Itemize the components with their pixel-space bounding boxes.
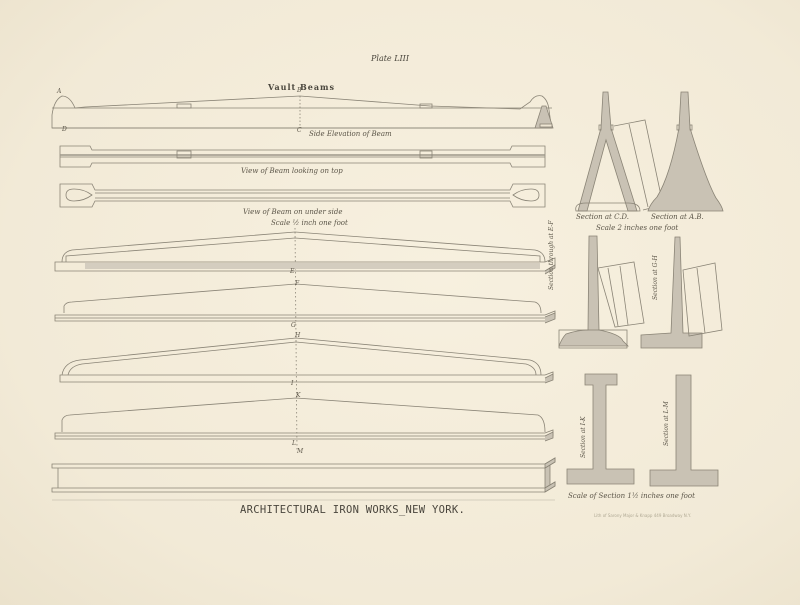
upper-sections-scale-label: Scale 2 inches one foot bbox=[596, 224, 678, 232]
section-lm-drawing bbox=[650, 375, 718, 486]
lithographer-imprint: Lith of Sarony Major & Knapp 449 Broadwa… bbox=[594, 513, 691, 518]
marker-f: F bbox=[295, 280, 299, 287]
marker-a: A bbox=[57, 88, 61, 95]
section-cd-label: Section at C.D. bbox=[576, 213, 629, 221]
lower-sections-scale-label: Scale of Section 1½ inches one foot bbox=[568, 492, 695, 500]
section-ef-label: Section through at E-F bbox=[548, 230, 555, 290]
beam-scale-label: Scale ½ inch one foot bbox=[271, 219, 348, 227]
section-ab-label: Section at A.B. bbox=[651, 213, 704, 221]
marker-l: L bbox=[292, 440, 296, 447]
beam-1-drawing bbox=[55, 232, 555, 274]
section-ik-label: Section at I-K bbox=[580, 416, 587, 458]
section-ik-drawing bbox=[567, 374, 634, 484]
section-gh-label: Section at G-H bbox=[652, 255, 659, 300]
beam-5-ibeam-drawing bbox=[52, 458, 555, 492]
side-elevation-label: Side Elevation of Beam bbox=[309, 130, 392, 138]
marker-b: B bbox=[297, 87, 301, 94]
under-view-drawing bbox=[60, 184, 545, 207]
top-view-drawing bbox=[60, 146, 545, 167]
under-view-label: View of Beam on under side bbox=[243, 208, 343, 216]
marker-g: G bbox=[291, 322, 296, 329]
marker-m: M bbox=[297, 448, 303, 455]
section-cd-drawing bbox=[576, 92, 663, 211]
marker-c: C bbox=[297, 127, 302, 134]
top-view-label: View of Beam looking on top bbox=[241, 167, 343, 175]
marker-k: K bbox=[296, 392, 300, 399]
side-elevation-drawing bbox=[52, 96, 553, 128]
section-ab-drawing bbox=[648, 92, 723, 211]
marker-d: D bbox=[62, 126, 67, 133]
plate-title: Vault Beams bbox=[268, 82, 335, 92]
publisher-title: ARCHITECTURAL IRON WORKS_NEW YORK. bbox=[240, 504, 465, 516]
marker-h: H bbox=[295, 332, 300, 339]
marker-i: I bbox=[291, 380, 293, 387]
section-lm-label: Section at L-M bbox=[663, 401, 670, 446]
beam-4-drawing bbox=[55, 398, 553, 441]
section-ef-drawing bbox=[559, 236, 644, 348]
beam-3-drawing bbox=[60, 338, 553, 383]
plate-number: Plate LIII bbox=[371, 54, 409, 63]
marker-e: E bbox=[290, 268, 294, 275]
beam-2-drawing bbox=[55, 284, 555, 323]
